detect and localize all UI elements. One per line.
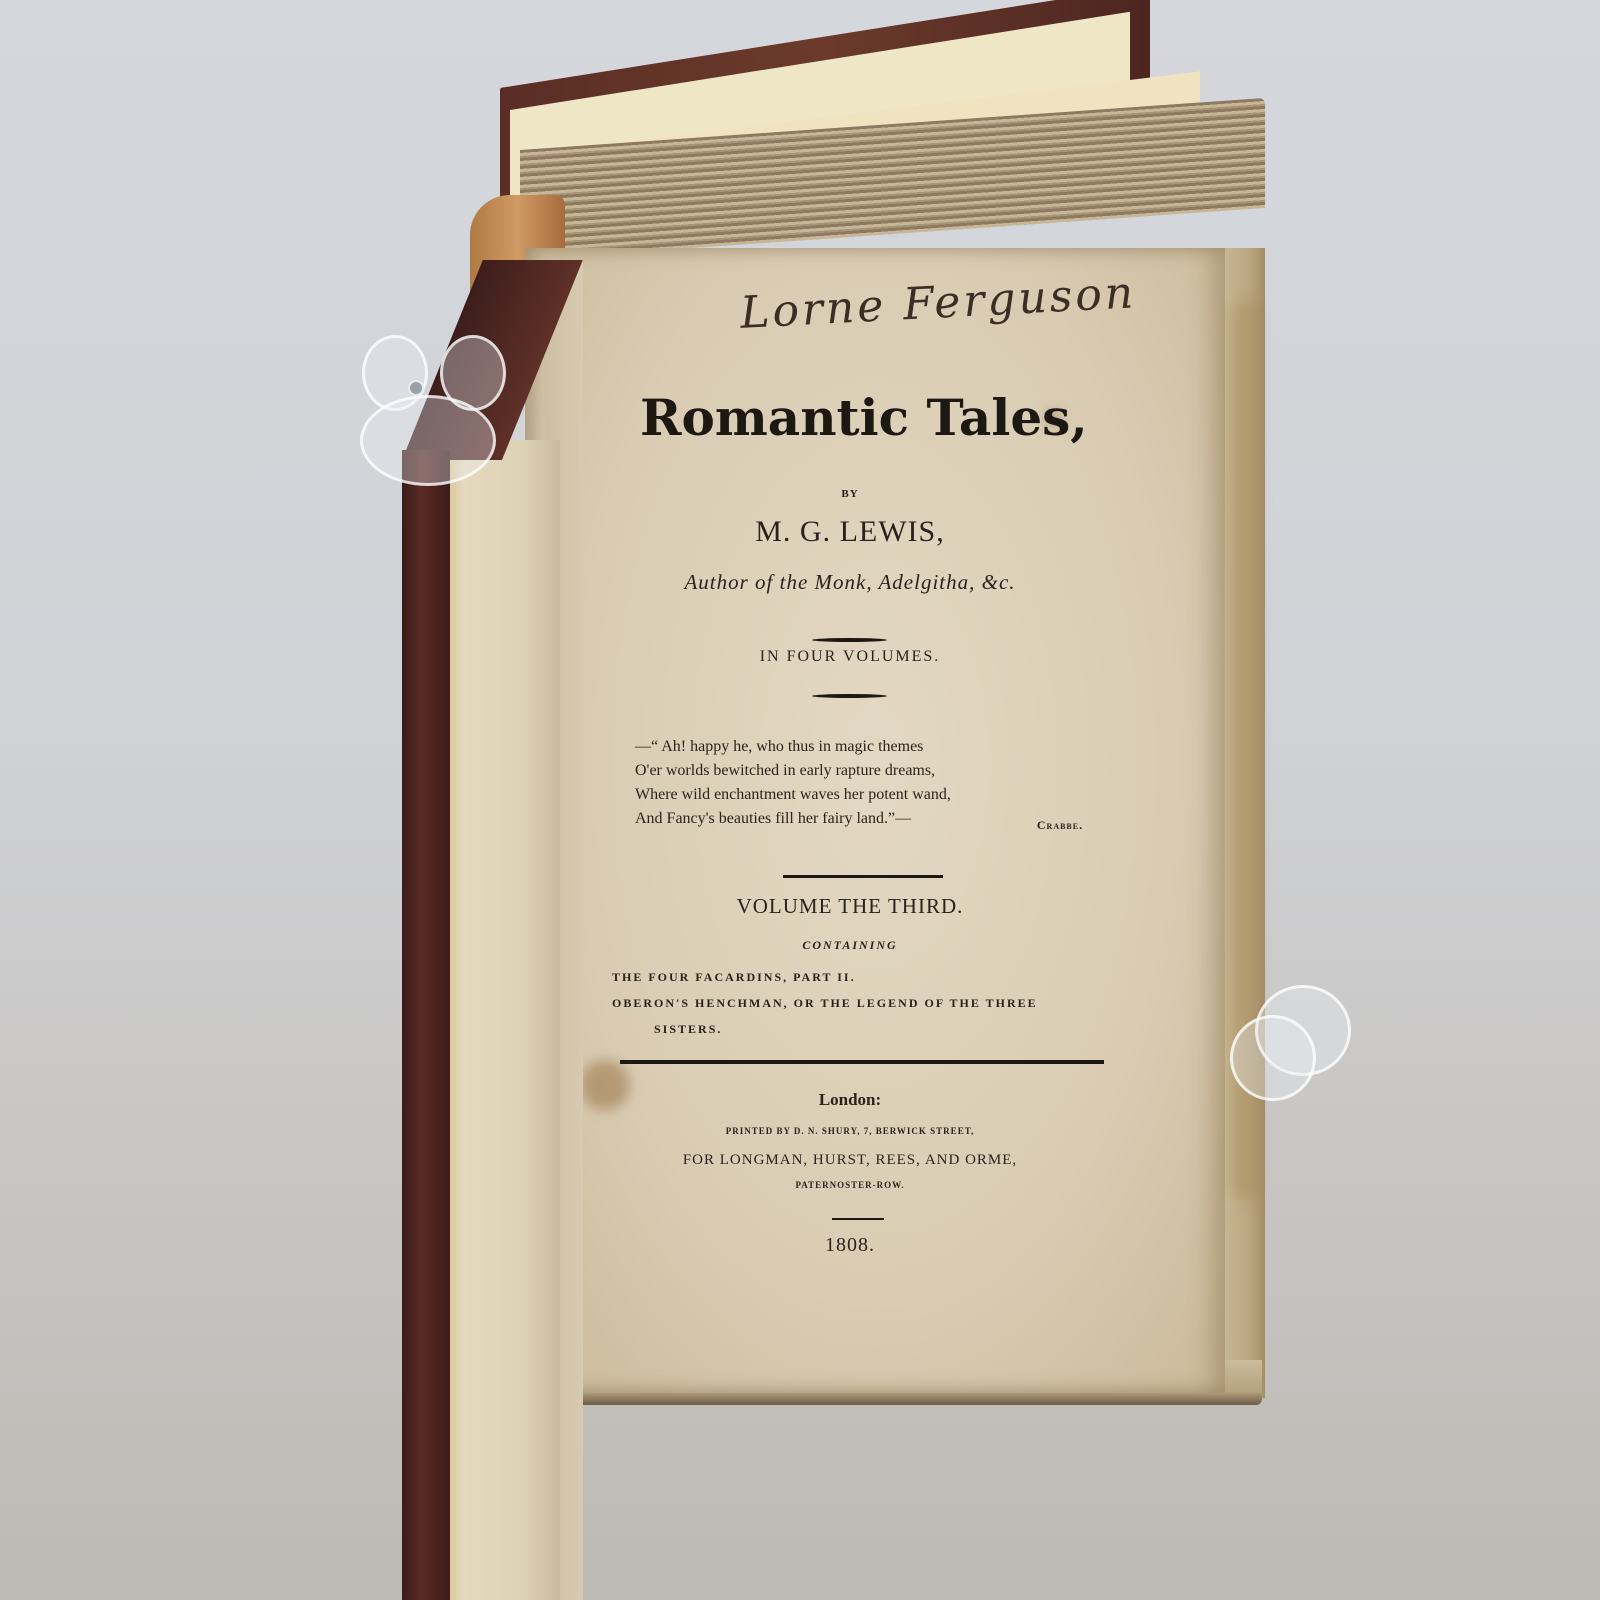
book-clip-right-base <box>1230 1015 1316 1101</box>
ornamental-rule <box>812 694 887 698</box>
volumes-note: IN FOUR VOLUMES. <box>720 648 980 666</box>
double-rule <box>783 875 943 878</box>
contents-item: SISTERS. <box>654 1022 722 1037</box>
epigraph-attribution: Crabbe. <box>1020 818 1100 833</box>
author-credits: Author of the Monk, Adelgitha, &c. <box>630 570 1070 595</box>
epigraph-line: —“ Ah! happy he, who thus in magic theme… <box>635 738 1085 756</box>
containing-label: CONTAINING <box>780 938 920 953</box>
clip-pin-icon <box>408 380 424 396</box>
by-line: BY <box>800 488 900 500</box>
imprint-address: PATERNOSTER-ROW. <box>740 1180 960 1190</box>
imprint-year: 1808. <box>780 1234 920 1257</box>
front-cover <box>402 450 450 1600</box>
epigraph-line: And Fancy's beauties fill her fairy land… <box>635 810 1085 828</box>
heavy-rule <box>620 1060 1104 1064</box>
imprint-printer: PRINTED BY D. N. SHURY, 7, BERWICK STREE… <box>660 1126 1040 1136</box>
volume-label: VOLUME THE THIRD. <box>680 894 1020 919</box>
imprint-place: London: <box>780 1090 920 1110</box>
contents-item: OBERON'S HENCHMAN, OR THE LEGEND OF THE … <box>612 996 1038 1011</box>
imprint-publishers: FOR LONGMAN, HURST, REES, AND ORME, <box>630 1152 1070 1169</box>
epigraph-line: Where wild enchantment waves her potent … <box>635 786 1085 804</box>
book-clip-left-base <box>360 395 496 486</box>
ornamental-rule <box>812 638 887 642</box>
author-name: M. G. LEWIS, <box>700 515 1000 549</box>
epigraph-line: O'er worlds bewitched in early rapture d… <box>635 762 1085 780</box>
short-rule <box>832 1218 884 1220</box>
book-title: Romantic Tales, <box>640 388 1060 447</box>
foxing-stain <box>580 1060 630 1110</box>
contents-item: THE FOUR FACARDINS, PART II. <box>612 970 856 985</box>
flyleaf <box>440 440 560 1600</box>
